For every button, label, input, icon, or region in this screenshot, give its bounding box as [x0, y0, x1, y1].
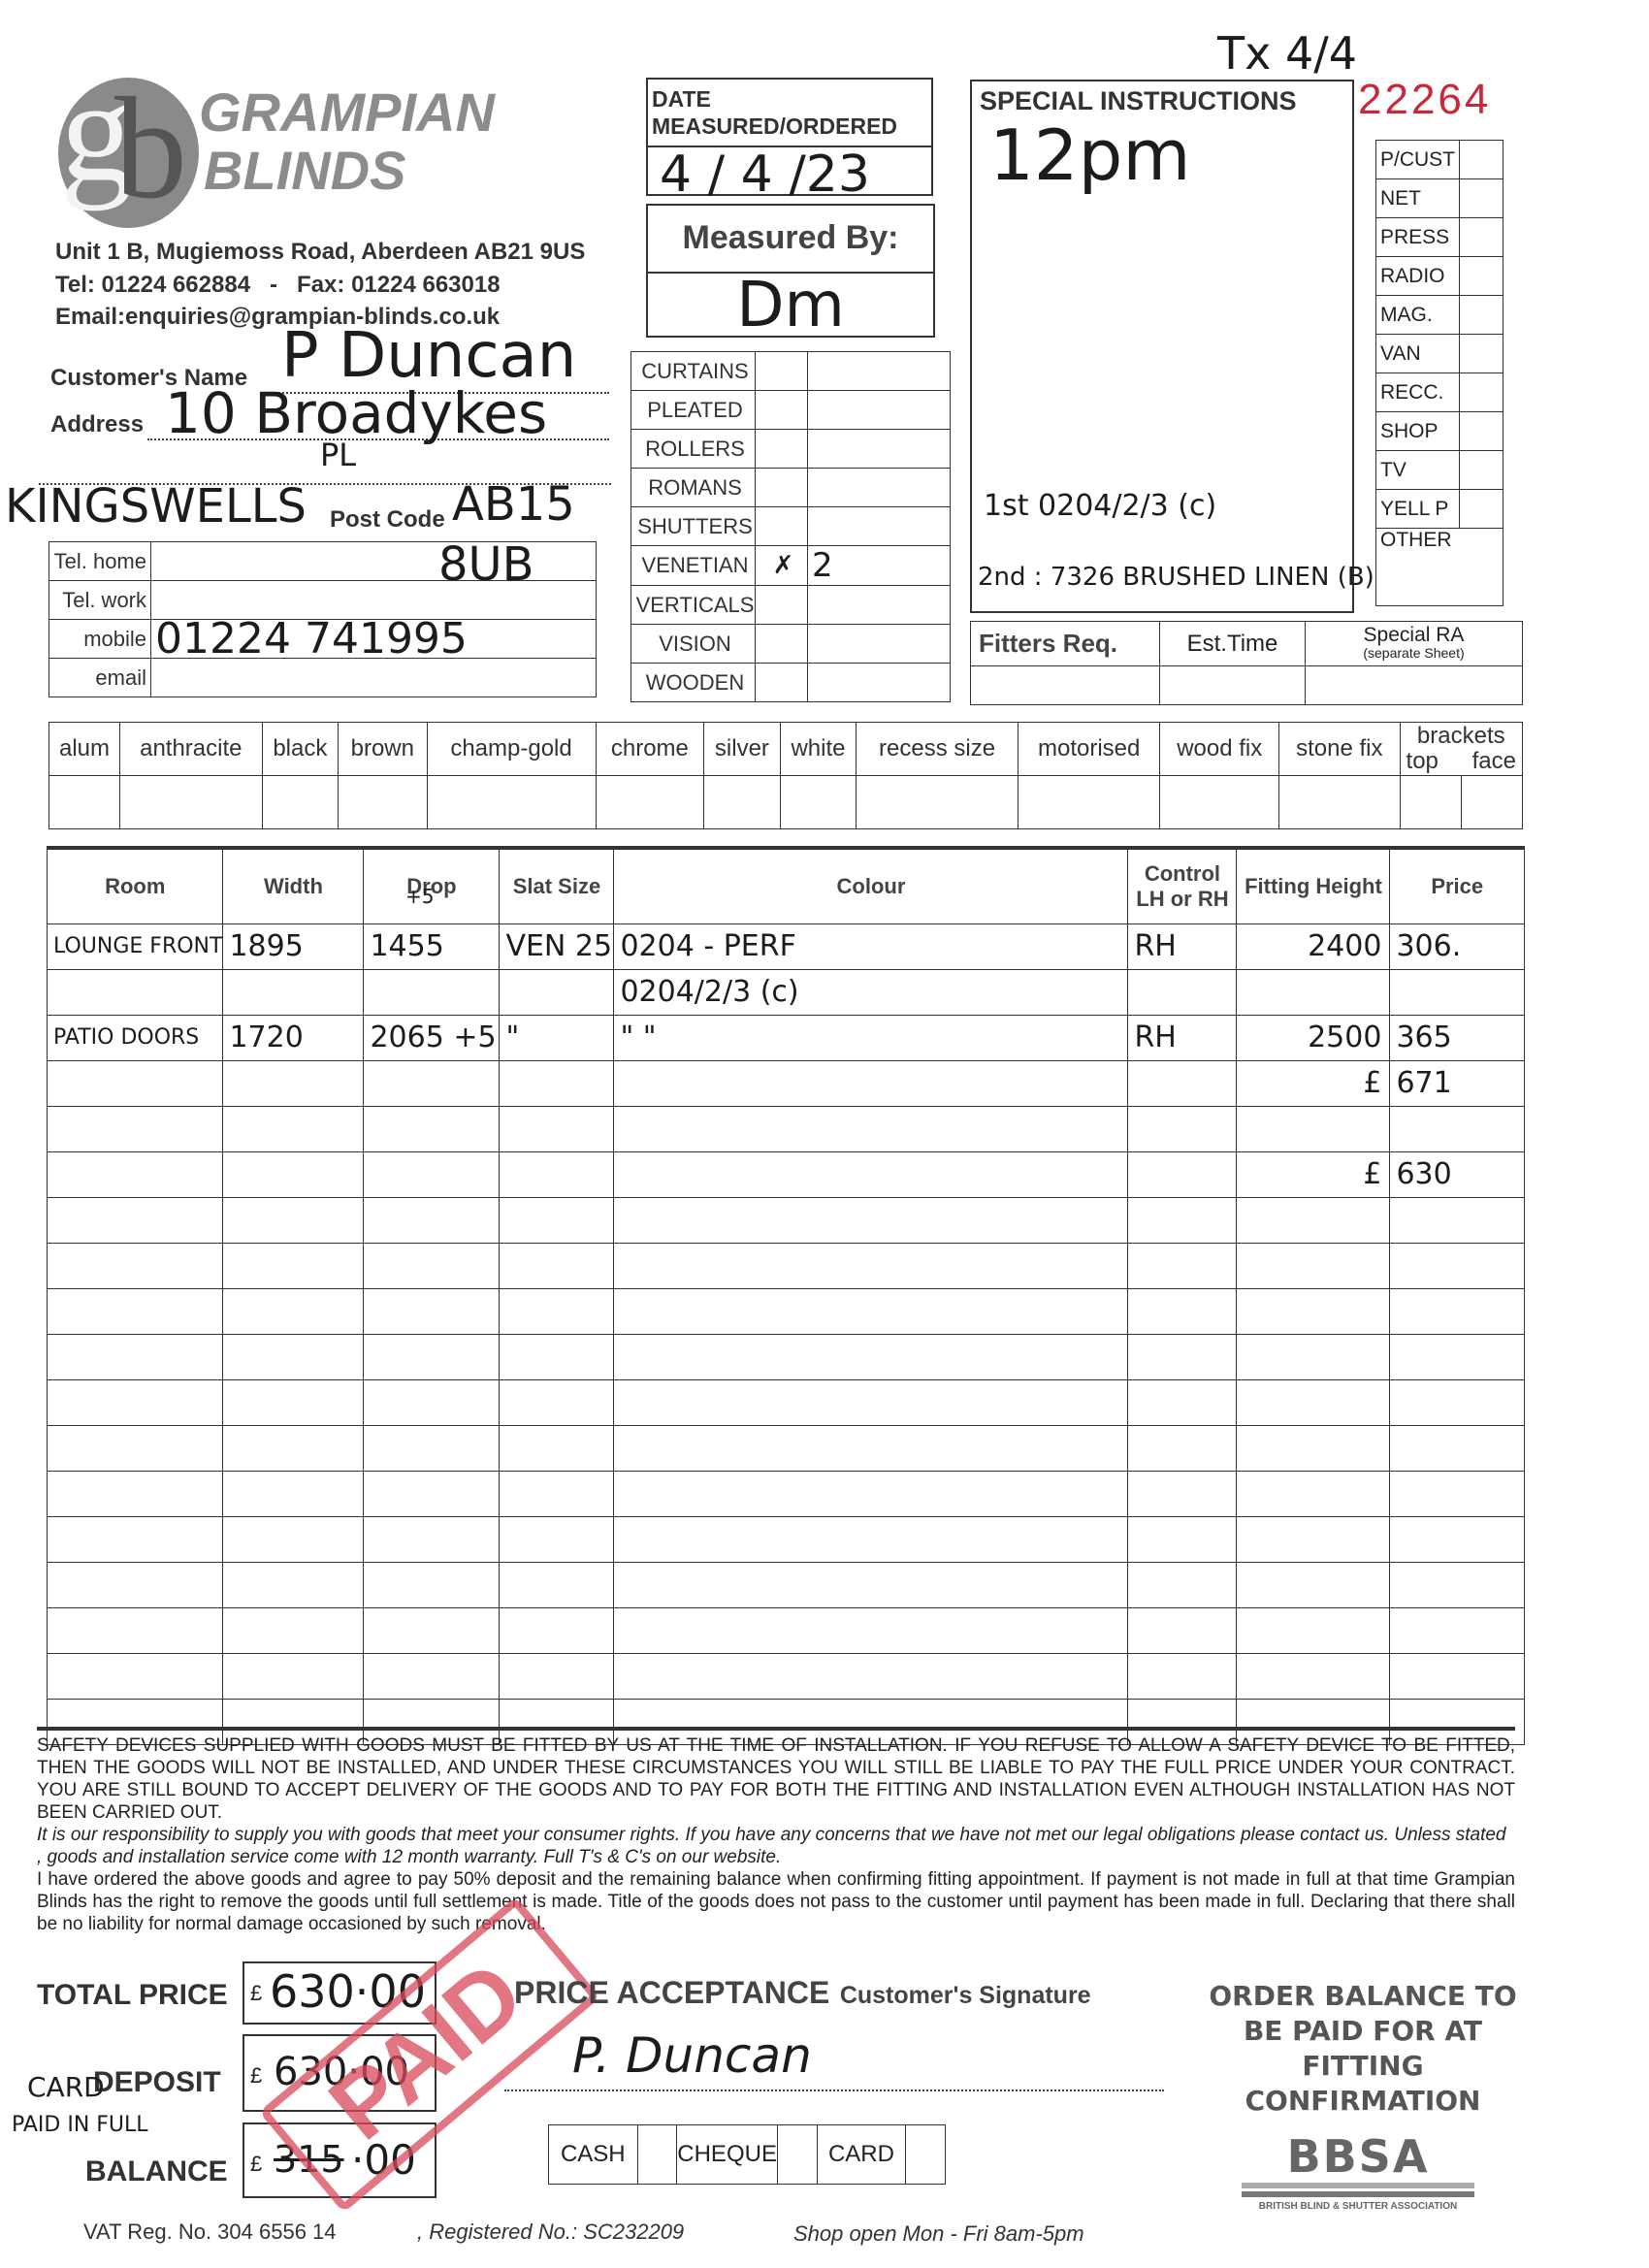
contact-label: email	[49, 659, 151, 697]
order-cell-price[interactable]	[1390, 1379, 1525, 1425]
order-cell-control[interactable]	[1128, 1425, 1237, 1471]
company-tel-fax: Tel: 01224 662884 - Fax: 01224 663018	[55, 272, 501, 299]
brackets-header: bracketstopface	[1400, 723, 1522, 776]
address-label: Address	[50, 411, 144, 438]
source-label: PRESS	[1376, 218, 1460, 257]
source-checkbox[interactable]	[1460, 451, 1503, 490]
order-cell-slat[interactable]	[500, 969, 614, 1015]
order-cell-colour[interactable]	[614, 1151, 1128, 1197]
order-cell-control[interactable]	[1128, 1243, 1237, 1288]
payment-method-checkbox[interactable]	[637, 2125, 677, 2185]
order-cell-slat[interactable]: "	[500, 1015, 614, 1060]
contact-label: Tel. work	[49, 581, 151, 620]
special-instructions-note[interactable]: 12pm	[972, 121, 1352, 189]
order-cell-slat[interactable]	[500, 1334, 614, 1379]
category-check[interactable]	[756, 586, 808, 625]
order-cell-slat[interactable]	[500, 1151, 614, 1197]
order-cell-drop[interactable]	[364, 1471, 500, 1516]
price-acceptance-header: PRICE ACCEPTANCE Customer's Signature	[514, 1975, 1091, 2011]
order-cell-drop[interactable]	[364, 1106, 500, 1151]
order-cell-room[interactable]	[48, 1106, 223, 1151]
order-cell-control[interactable]	[1128, 1197, 1237, 1243]
fitters-table: Fitters Req. Est.Time Special RA (separa…	[970, 621, 1523, 705]
order-cell-width[interactable]	[223, 1060, 364, 1106]
order-cell-width[interactable]	[223, 1562, 364, 1607]
paid-in-full-note: PAID IN FULL	[12, 2113, 148, 2137]
order-row	[48, 1471, 1525, 1516]
order-cell-width[interactable]	[223, 1243, 364, 1288]
category-row: CURTAINS	[631, 352, 951, 391]
order-cell-price[interactable]: 671	[1390, 1060, 1525, 1106]
category-row: SHUTTERS	[631, 507, 951, 546]
order-cell-colour[interactable]	[614, 1425, 1128, 1471]
source-other-field[interactable]: OTHER	[1376, 529, 1503, 606]
order-cell-drop[interactable]	[364, 1334, 500, 1379]
vat-number: VAT Reg. No. 304 6556 14	[83, 2219, 337, 2245]
order-cell-control[interactable]: RH	[1128, 923, 1237, 969]
colour-option-label: silver	[704, 723, 781, 776]
contact-row: Tel. home	[49, 542, 597, 581]
order-cell-colour[interactable]	[614, 1243, 1128, 1288]
order-cell-width[interactable]	[223, 1471, 364, 1516]
category-label: SHUTTERS	[631, 507, 756, 546]
category-qty[interactable]	[808, 391, 951, 430]
source-row: OTHER	[1376, 529, 1503, 606]
order-row	[48, 1607, 1525, 1653]
order-cell-price[interactable]: 630	[1390, 1151, 1525, 1197]
order-cell-height[interactable]	[1237, 1334, 1390, 1379]
category-row: VERTICALS	[631, 586, 951, 625]
order-row	[48, 1562, 1525, 1607]
est-time-label: Est.Time	[1160, 622, 1306, 666]
order-cell-width[interactable]: 1720	[223, 1015, 364, 1060]
colour-option-field[interactable]	[596, 776, 704, 829]
order-cell-width[interactable]	[223, 1425, 364, 1471]
order-cell-room[interactable]	[48, 1607, 223, 1653]
drop-plus-note: +5	[405, 885, 434, 908]
category-qty[interactable]	[808, 430, 951, 469]
order-cell-width[interactable]	[223, 1106, 364, 1151]
order-column-header: Room	[48, 848, 223, 923]
terms-block: SAFETY DEVICES SUPPLIED WITH GOODS MUST …	[37, 1727, 1515, 1935]
colour-option-label: chrome	[596, 723, 704, 776]
source-checkbox[interactable]	[1460, 412, 1503, 451]
order-cell-room[interactable]	[48, 1471, 223, 1516]
order-cell-control[interactable]: RH	[1128, 1015, 1237, 1060]
order-cell-control[interactable]	[1128, 1607, 1237, 1653]
category-label: CURTAINS	[631, 352, 756, 391]
category-row: VISION	[631, 625, 951, 664]
source-row: TV	[1376, 451, 1503, 490]
source-checkbox[interactable]	[1460, 373, 1503, 412]
source-checkbox[interactable]	[1460, 218, 1503, 257]
order-cell-slat[interactable]	[500, 1425, 614, 1471]
company-address: Unit 1 B, Mugiemoss Road, Aberdeen AB21 …	[55, 239, 585, 266]
category-qty[interactable]	[808, 625, 951, 664]
source-label: MAG.	[1376, 296, 1460, 335]
order-cell-price[interactable]	[1390, 969, 1525, 1015]
special-ra-label: Special RA	[1306, 627, 1522, 644]
colour-option-label: brown	[339, 723, 427, 776]
special-ra-sub: (separate Sheet)	[1306, 644, 1522, 662]
order-cell-drop[interactable]	[364, 1197, 500, 1243]
colour-option-field[interactable]	[49, 776, 120, 829]
contact-value[interactable]	[151, 659, 597, 697]
signature-label: Customer's Signature	[840, 1982, 1091, 2009]
est-time-field[interactable]	[1160, 666, 1306, 705]
order-cell-slat[interactable]	[500, 1106, 614, 1151]
order-cell-colour[interactable]	[614, 1106, 1128, 1151]
order-column-header: Width	[223, 848, 364, 923]
source-row: MAG.	[1376, 296, 1503, 335]
colour-option-label: black	[262, 723, 339, 776]
order-cell-drop[interactable]	[364, 1288, 500, 1334]
category-row: ROLLERS	[631, 430, 951, 469]
colour-option-field[interactable]	[780, 776, 857, 829]
colour-option-field[interactable]	[704, 776, 781, 829]
colour-option-label: champ-gold	[427, 723, 596, 776]
order-cell-drop[interactable]	[364, 1516, 500, 1562]
order-cell-width[interactable]	[223, 1607, 364, 1653]
colour-option-label: white	[780, 723, 857, 776]
order-column-header: Control LH or RH	[1128, 848, 1237, 923]
order-row: £671	[48, 1060, 1525, 1106]
order-cell-drop[interactable]	[364, 969, 500, 1015]
special-ra-header: Special RA (separate Sheet)	[1306, 622, 1523, 666]
payment-method-checkbox[interactable]	[777, 2125, 817, 2185]
order-table: RoomWidthDropSlat SizeColourControl LH o…	[47, 846, 1525, 1745]
order-cell-colour[interactable]	[614, 1653, 1128, 1699]
deposit-label: DEPOSIT	[93, 2066, 221, 2099]
order-cell-colour[interactable]	[614, 1607, 1128, 1653]
measured-by-label: Measured By:	[648, 206, 933, 274]
order-cell-price[interactable]	[1390, 1243, 1525, 1288]
category-check[interactable]	[756, 352, 808, 391]
order-cell-width[interactable]	[223, 969, 364, 1015]
order-cell-price[interactable]	[1390, 1653, 1525, 1699]
source-checkbox[interactable]	[1460, 490, 1503, 529]
order-cell-colour[interactable]	[614, 1562, 1128, 1607]
order-cell-width[interactable]	[223, 1288, 364, 1334]
order-cell-height[interactable]	[1237, 969, 1390, 1015]
order-cell-slat[interactable]	[500, 1607, 614, 1653]
category-qty[interactable]	[808, 586, 951, 625]
order-cell-drop[interactable]: 1455	[364, 923, 500, 969]
brand-name-line1: GRAMPIAN	[199, 85, 495, 140]
order-cell-control[interactable]	[1128, 1516, 1237, 1562]
order-cell-height[interactable]: 2500	[1237, 1015, 1390, 1060]
order-cell-room[interactable]	[48, 1288, 223, 1334]
source-row: SHOP	[1376, 412, 1503, 451]
order-cell-width[interactable]	[223, 1653, 364, 1699]
source-checkbox[interactable]	[1460, 141, 1503, 179]
postcode-value[interactable]: AB15	[452, 477, 575, 532]
category-qty[interactable]	[808, 507, 951, 546]
order-cell-price[interactable]: 365	[1390, 1015, 1525, 1060]
order-cell-control[interactable]	[1128, 1334, 1237, 1379]
order-row	[48, 1425, 1525, 1471]
order-cell-height[interactable]	[1237, 1516, 1390, 1562]
order-cell-slat[interactable]	[500, 1060, 614, 1106]
balance-currency: £	[250, 2152, 262, 2177]
order-cell-control[interactable]	[1128, 1471, 1237, 1516]
order-cell-slat[interactable]	[500, 1653, 614, 1699]
order-column-header: Slat Size	[500, 848, 614, 923]
order-row: 0204/2/3 (c)	[48, 969, 1525, 1015]
order-row: LOUNGE FRONT18951455VEN 250204 - PERFRH2…	[48, 923, 1525, 969]
category-qty[interactable]	[808, 352, 951, 391]
order-cell-room[interactable]	[48, 969, 223, 1015]
order-cell-control[interactable]	[1128, 1060, 1237, 1106]
order-cell-price[interactable]	[1390, 1471, 1525, 1516]
category-qty[interactable]: 2	[808, 546, 951, 586]
order-cell-colour[interactable]	[614, 1334, 1128, 1379]
special-instructions-line2: 2nd : 7326 BRUSHED LINEN (B)	[978, 563, 1374, 592]
source-label: VAN	[1376, 335, 1460, 373]
order-cell-height[interactable]: 2400	[1237, 923, 1390, 969]
order-cell-price[interactable]	[1390, 1334, 1525, 1379]
source-checkbox[interactable]	[1460, 257, 1503, 296]
source-row: VAN	[1376, 335, 1503, 373]
order-cell-drop[interactable]	[364, 1425, 500, 1471]
address-line2-value[interactable]: PL	[320, 437, 356, 473]
colour-option-label: anthracite	[120, 723, 263, 776]
order-cell-height[interactable]	[1237, 1653, 1390, 1699]
total-currency: £	[250, 1981, 262, 2006]
order-cell-control[interactable]	[1128, 1288, 1237, 1334]
order-cell-width[interactable]	[223, 1334, 364, 1379]
order-cell-price[interactable]	[1390, 1197, 1525, 1243]
special-instructions-line1: 1st 0204/2/3 (c)	[984, 489, 1216, 523]
payment-method-label: CASH	[549, 2125, 638, 2185]
order-cell-width[interactable]: 1895	[223, 923, 364, 969]
colour-option-field[interactable]	[339, 776, 427, 829]
order-cell-room[interactable]	[48, 1379, 223, 1425]
colour-option-label: recess size	[857, 723, 1018, 776]
category-label: WOODEN	[631, 664, 756, 702]
order-cell-control[interactable]	[1128, 1562, 1237, 1607]
order-cell-slat[interactable]: VEN 25	[500, 923, 614, 969]
order-cell-height[interactable]	[1237, 1288, 1390, 1334]
order-cell-slat[interactable]	[500, 1197, 614, 1243]
order-cell-price[interactable]	[1390, 1516, 1525, 1562]
order-cell-drop[interactable]	[364, 1379, 500, 1425]
order-cell-room[interactable]: PATIO DOORS	[48, 1015, 223, 1060]
bbsa-logo: BBSA BRITISH BLIND & SHUTTER ASSOCIATION	[1242, 2134, 1474, 2212]
measured-by-value[interactable]: Dm	[648, 274, 933, 338]
source-table: P/CUSTNETPRESSRADIOMAG.VANRECC.SHOPTVYEL…	[1375, 140, 1503, 606]
order-cell-room[interactable]	[48, 1562, 223, 1607]
order-cell-colour[interactable]	[614, 1060, 1128, 1106]
order-row	[48, 1106, 1525, 1151]
source-row: NET	[1376, 179, 1503, 218]
card-note: CARD	[27, 2071, 105, 2103]
order-cell-colour[interactable]	[614, 1197, 1128, 1243]
order-cell-drop[interactable]	[364, 1607, 500, 1653]
order-cell-drop[interactable]: 2065 +5	[364, 1015, 500, 1060]
category-check[interactable]	[756, 469, 808, 507]
order-cell-height[interactable]	[1237, 1197, 1390, 1243]
order-cell-height[interactable]	[1237, 1379, 1390, 1425]
source-row: RECC.	[1376, 373, 1503, 412]
order-cell-drop[interactable]	[364, 1653, 500, 1699]
order-cell-room[interactable]: LOUNGE FRONT	[48, 923, 223, 969]
brackets-top-field[interactable]	[1400, 776, 1461, 829]
source-checkbox[interactable]	[1460, 335, 1503, 373]
order-cell-height[interactable]: £	[1237, 1151, 1390, 1197]
order-cell-slat[interactable]	[500, 1379, 614, 1425]
order-cell-room[interactable]	[48, 1334, 223, 1379]
order-cell-height[interactable]	[1237, 1243, 1390, 1288]
signature-line	[504, 2086, 1164, 2091]
order-balance-note: ORDER BALANCE TO BE PAID FOR AT FITTING …	[1203, 1979, 1523, 2119]
payment-method-checkbox[interactable]	[906, 2125, 946, 2185]
order-cell-room[interactable]	[48, 1425, 223, 1471]
colour-option-field[interactable]	[1160, 776, 1279, 829]
order-row	[48, 1334, 1525, 1379]
colour-option-field[interactable]	[1018, 776, 1160, 829]
order-cell-room[interactable]	[48, 1197, 223, 1243]
contact-value[interactable]: 01224 741995	[151, 620, 597, 659]
colour-option-field[interactable]	[1279, 776, 1400, 829]
order-cell-drop[interactable]	[364, 1243, 500, 1288]
order-cell-slat[interactable]	[500, 1471, 614, 1516]
colour-option-field[interactable]	[262, 776, 339, 829]
order-cell-room[interactable]	[48, 1151, 223, 1197]
order-row	[48, 1379, 1525, 1425]
source-row: RADIO	[1376, 257, 1503, 296]
category-check[interactable]	[756, 391, 808, 430]
order-cell-control[interactable]	[1128, 1379, 1237, 1425]
date-value[interactable]: 4 / 4 /23	[648, 147, 931, 202]
category-check[interactable]	[756, 625, 808, 664]
source-label: NET	[1376, 179, 1460, 218]
order-cell-price[interactable]	[1390, 1562, 1525, 1607]
category-label: ROMANS	[631, 469, 756, 507]
order-cell-room[interactable]	[48, 1653, 223, 1699]
order-cell-room[interactable]	[48, 1060, 223, 1106]
order-cell-height[interactable]	[1237, 1471, 1390, 1516]
fitters-req-field[interactable]	[971, 666, 1160, 705]
order-row	[48, 1243, 1525, 1288]
brackets-face-label: face	[1472, 749, 1516, 774]
source-label: TV	[1376, 451, 1460, 490]
colour-option-label: stone fix	[1279, 723, 1400, 776]
order-cell-price[interactable]	[1390, 1106, 1525, 1151]
order-cell-height[interactable]	[1237, 1425, 1390, 1471]
order-cell-height[interactable]	[1237, 1607, 1390, 1653]
bbsa-subtitle: BRITISH BLIND & SHUTTER ASSOCIATION	[1242, 2201, 1474, 2212]
order-cell-width[interactable]	[223, 1516, 364, 1562]
order-cell-price[interactable]	[1390, 1607, 1525, 1653]
source-checkbox[interactable]	[1460, 179, 1503, 218]
contact-label: Tel. home	[49, 542, 151, 581]
category-check[interactable]	[756, 507, 808, 546]
order-cell-width[interactable]	[223, 1379, 364, 1425]
order-cell-width[interactable]	[223, 1151, 364, 1197]
order-cell-slat[interactable]	[500, 1243, 614, 1288]
terms-rights: It is our responsibility to supply you w…	[37, 1824, 1515, 1868]
customer-signature[interactable]: P. Duncan	[572, 2027, 812, 2084]
terms-safety: SAFETY DEVICES SUPPLIED WITH GOODS MUST …	[37, 1734, 1515, 1824]
order-cell-colour[interactable]	[614, 1288, 1128, 1334]
date-label: DATE MEASURED/ORDERED	[648, 80, 931, 147]
order-row	[48, 1288, 1525, 1334]
order-cell-drop[interactable]	[364, 1151, 500, 1197]
brackets-face-field[interactable]	[1461, 776, 1522, 829]
order-cell-control[interactable]	[1128, 1151, 1237, 1197]
order-cell-height[interactable]	[1237, 1562, 1390, 1607]
order-cell-slat[interactable]	[500, 1288, 614, 1334]
source-checkbox[interactable]	[1460, 296, 1503, 335]
order-column-header: Fitting Height	[1237, 848, 1390, 923]
order-cell-drop[interactable]	[364, 1562, 500, 1607]
order-cell-slat[interactable]	[500, 1562, 614, 1607]
order-number: 22264	[1358, 76, 1491, 124]
colour-option-field[interactable]	[120, 776, 263, 829]
source-row: YELL P	[1376, 490, 1503, 529]
order-cell-slat[interactable]	[500, 1516, 614, 1562]
order-cell-height[interactable]: £	[1237, 1060, 1390, 1106]
colour-option-field[interactable]	[427, 776, 596, 829]
order-cell-drop[interactable]	[364, 1060, 500, 1106]
order-cell-control[interactable]	[1128, 1653, 1237, 1699]
category-label: VISION	[631, 625, 756, 664]
order-cell-colour[interactable]: 0204/2/3 (c)	[614, 969, 1128, 1015]
order-cell-width[interactable]	[223, 1197, 364, 1243]
deposit-currency: £	[250, 2063, 262, 2089]
colour-option-field[interactable]	[857, 776, 1018, 829]
address-line3-value[interactable]: KINGSWELLS	[5, 479, 307, 534]
category-qty[interactable]	[808, 469, 951, 507]
date-box: DATE MEASURED/ORDERED 4 / 4 /23	[646, 78, 933, 196]
source-label: YELL P	[1376, 490, 1460, 529]
order-cell-colour[interactable]	[614, 1516, 1128, 1562]
order-cell-height[interactable]	[1237, 1106, 1390, 1151]
order-cell-price[interactable]	[1390, 1425, 1525, 1471]
category-label: VENETIAN	[631, 546, 756, 586]
payment-method-table: CASHCHEQUECARD	[548, 2124, 946, 2185]
measured-by-box: Measured By: Dm	[646, 204, 935, 338]
order-cell-price[interactable]	[1390, 1288, 1525, 1334]
category-check[interactable]	[756, 430, 808, 469]
order-cell-colour[interactable]: " "	[614, 1015, 1128, 1060]
category-check[interactable]	[756, 664, 808, 702]
order-column-header: Colour	[614, 848, 1128, 923]
order-cell-room[interactable]	[48, 1243, 223, 1288]
colour-option-label: alum	[49, 723, 120, 776]
order-cell-colour[interactable]: 0204 - PERF	[614, 923, 1128, 969]
special-ra-field[interactable]	[1306, 666, 1523, 705]
contact-value[interactable]	[151, 542, 597, 581]
order-cell-control[interactable]	[1128, 969, 1237, 1015]
contact-row: email	[49, 659, 597, 697]
category-check[interactable]: ✗	[756, 546, 808, 586]
category-row: ROMANS	[631, 469, 951, 507]
registered-number: , Registered No.: SC232209	[417, 2219, 684, 2245]
category-label: ROLLERS	[631, 430, 756, 469]
order-cell-colour[interactable]	[614, 1379, 1128, 1425]
order-cell-price[interactable]: 306.	[1390, 923, 1525, 969]
category-qty[interactable]	[808, 664, 951, 702]
total-price-label: TOTAL PRICE	[37, 1979, 228, 2012]
order-cell-room[interactable]	[48, 1516, 223, 1562]
colour-option-label: wood fix	[1160, 723, 1279, 776]
order-cell-control[interactable]	[1128, 1106, 1237, 1151]
order-cell-colour[interactable]	[614, 1471, 1128, 1516]
brackets-sub: topface	[1401, 749, 1522, 774]
postcode-label: Post Code	[330, 506, 445, 534]
